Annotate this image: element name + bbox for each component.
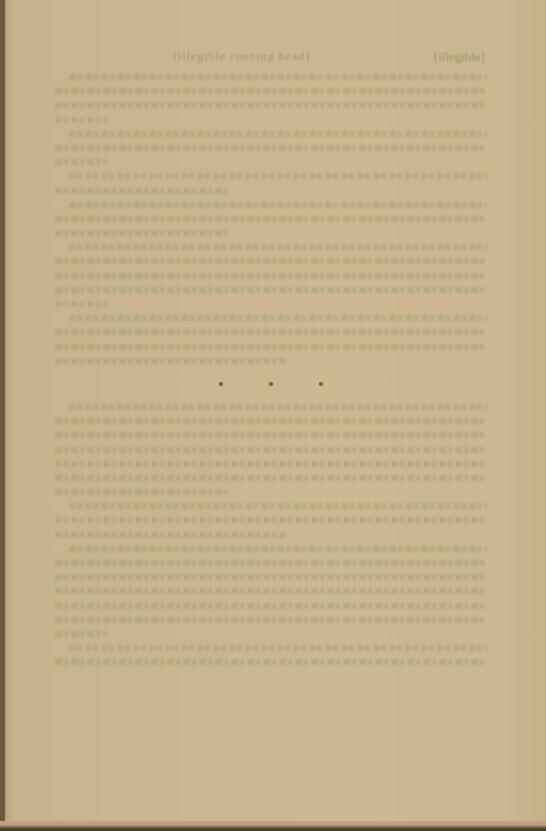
page-number: [illegible] — [434, 49, 485, 65]
running-head: [illegible running head] — [173, 49, 310, 64]
text-line-illegible — [55, 141, 487, 155]
text-line-illegible — [55, 428, 487, 442]
text-line-illegible — [55, 254, 487, 268]
text-line-illegible — [55, 641, 487, 655]
text-line-illegible — [55, 556, 487, 570]
text-line-illegible — [55, 98, 487, 112]
text-line-illegible — [55, 414, 487, 428]
paragraph — [55, 70, 487, 127]
text-line-illegible — [55, 443, 487, 457]
text-line-illegible — [55, 457, 487, 471]
text-line-illegible — [55, 627, 487, 641]
text-line-illegible — [55, 127, 487, 141]
text-line-illegible — [55, 599, 487, 613]
page-spine-edge — [0, 0, 5, 831]
text-line-illegible — [55, 198, 487, 212]
paragraph — [55, 198, 487, 241]
text-line-illegible — [55, 311, 487, 325]
text-line-illegible — [55, 471, 487, 485]
text-line-illegible — [55, 542, 487, 556]
text-line-illegible — [55, 297, 487, 311]
book-page: [illegible running head] [illegible] — [0, 0, 546, 831]
text-line-illegible — [55, 212, 487, 226]
text-line-illegible — [55, 169, 487, 183]
text-line-illegible — [55, 269, 487, 283]
page-header: [illegible running head] [illegible] — [55, 49, 485, 65]
text-line-illegible — [55, 499, 487, 513]
text-line-illegible — [55, 513, 487, 527]
text-line-illegible — [55, 184, 487, 198]
text-line-illegible — [55, 584, 487, 598]
text-line-illegible — [55, 226, 487, 240]
section-separator — [55, 368, 487, 400]
paragraph — [55, 311, 487, 368]
text-line-illegible — [55, 84, 487, 98]
text-line-illegible — [55, 240, 487, 254]
text-line-illegible — [55, 528, 487, 542]
asterisk-ornament — [319, 382, 323, 386]
page-body-text — [55, 70, 487, 670]
text-line-illegible — [55, 570, 487, 584]
paragraph — [55, 641, 487, 669]
text-line-illegible — [55, 340, 487, 354]
asterisk-ornament — [269, 382, 273, 386]
text-line-illegible — [55, 283, 487, 297]
paragraph — [55, 400, 487, 499]
text-line-illegible — [55, 70, 487, 84]
asterisk-ornament — [219, 382, 223, 386]
paragraph — [55, 542, 487, 641]
text-line-illegible — [55, 655, 487, 669]
paragraph — [55, 127, 487, 170]
text-line-illegible — [55, 155, 487, 169]
text-line-illegible — [55, 325, 487, 339]
paragraph — [55, 499, 487, 542]
paragraph — [55, 169, 487, 197]
text-line-illegible — [55, 485, 487, 499]
text-line-illegible — [55, 613, 487, 627]
page-bottom-edge — [0, 821, 546, 831]
text-line-illegible — [55, 400, 487, 414]
paragraph — [55, 240, 487, 311]
text-line-illegible — [55, 354, 487, 368]
text-line-illegible — [55, 113, 487, 127]
